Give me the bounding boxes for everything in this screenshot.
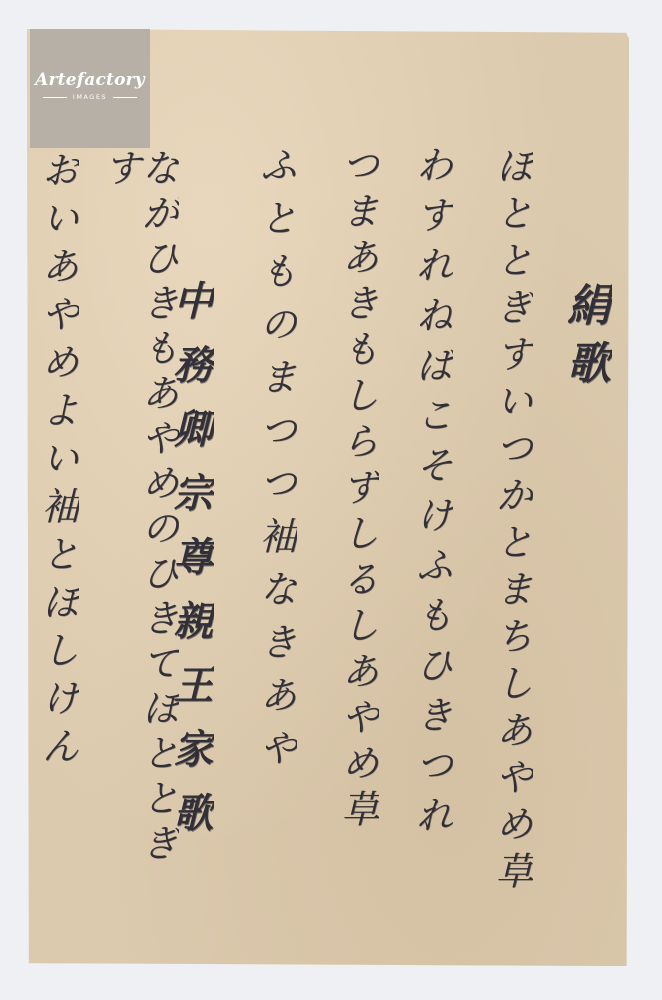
calligraphy-column-7: ながひきもあやめのひきてほととぎす: [100, 148, 176, 908]
calligraphy-column-4: つまあきもしらずしるしあやめ草: [338, 145, 376, 915]
watermark-sub: IMAGES: [73, 93, 107, 101]
calligraphy-column-8: おいあやめよい袖とほしけん: [38, 150, 76, 810]
calligraphy-column-5: ふとものまつつ袖なきあや: [256, 145, 294, 805]
watermark-sub-row: IMAGES: [43, 93, 137, 101]
watermark-brand: Artefactory: [35, 70, 145, 90]
calligraphy-column-1: 絹歌: [562, 282, 606, 472]
watermark-rule-left: [43, 97, 67, 98]
calligraphy-column-3: わすれねばこそけふもひきつれ: [412, 145, 450, 885]
calligraphy-column-2: ほととぎすいつかとまちしあやめ草: [492, 146, 530, 916]
watermark-rule-right: [113, 97, 137, 98]
artefactory-watermark: Artefactory IMAGES: [30, 29, 150, 148]
